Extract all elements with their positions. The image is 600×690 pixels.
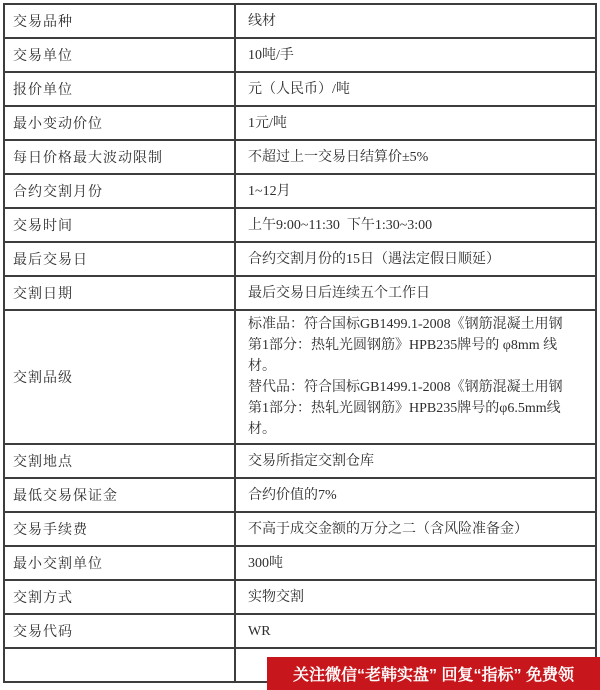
table-row: 交割地点 交易所指定交割仓库 <box>4 444 596 478</box>
row-label: 交易单位 <box>4 38 235 72</box>
table-row: 交割品级 标准品：符合国标GB1499.1-2008《钢筋混凝土用钢 第1部分：… <box>4 310 596 444</box>
row-label <box>4 648 235 682</box>
row-label: 合约交割月份 <box>4 174 235 208</box>
row-value: 不高于成交金额的万分之二（含风险准备金） <box>235 512 596 546</box>
row-label: 交易代码 <box>4 614 235 648</box>
table-row: 交割方式 实物交割 <box>4 580 596 614</box>
row-label: 最低交易保证金 <box>4 478 235 512</box>
contract-spec-page: 交易品种 线材 交易单位 10吨/手 报价单位 元（人民币）/吨 最小变动价位 … <box>0 0 600 690</box>
table-row: 最小交割单位 300吨 <box>4 546 596 580</box>
row-value: 标准品：符合国标GB1499.1-2008《钢筋混凝土用钢 第1部分：热轧光圆钢… <box>235 310 596 444</box>
row-label: 报价单位 <box>4 72 235 106</box>
row-value: 10吨/手 <box>235 38 596 72</box>
row-label: 最小交割单位 <box>4 546 235 580</box>
table-row: 最低交易保证金 合约价值的7% <box>4 478 596 512</box>
row-value: 1~12月 <box>235 174 596 208</box>
table-row: 每日价格最大波动限制 不超过上一交易日结算价±5% <box>4 140 596 174</box>
row-value: WR <box>235 614 596 648</box>
row-value: 上午9:00~11:30 下午1:30~3:00 <box>235 208 596 242</box>
row-value: 不超过上一交易日结算价±5% <box>235 140 596 174</box>
row-value: 最后交易日后连续五个工作日 <box>235 276 596 310</box>
table-row: 合约交割月份 1~12月 <box>4 174 596 208</box>
wechat-promo-text: 关注微信“老韩实盘” 回复“指标” 免费领 <box>293 662 574 685</box>
row-label: 交割方式 <box>4 580 235 614</box>
table-row: 最小变动价位 1元/吨 <box>4 106 596 140</box>
row-value: 交易所指定交割仓库 <box>235 444 596 478</box>
row-value: 1元/吨 <box>235 106 596 140</box>
row-label: 交割日期 <box>4 276 235 310</box>
row-value: 合约交割月份的15日（遇法定假日顺延） <box>235 242 596 276</box>
row-label: 交割地点 <box>4 444 235 478</box>
table-row: 交易手续费 不高于成交金额的万分之二（含风险准备金） <box>4 512 596 546</box>
row-label: 交易品种 <box>4 4 235 38</box>
row-label: 最小变动价位 <box>4 106 235 140</box>
table-row: 报价单位 元（人民币）/吨 <box>4 72 596 106</box>
table-row: 交易品种 线材 <box>4 4 596 38</box>
table-row: 交割日期 最后交易日后连续五个工作日 <box>4 276 596 310</box>
table-row: 交易单位 10吨/手 <box>4 38 596 72</box>
row-value: 实物交割 <box>235 580 596 614</box>
row-label: 交易手续费 <box>4 512 235 546</box>
row-label: 每日价格最大波动限制 <box>4 140 235 174</box>
row-label: 最后交易日 <box>4 242 235 276</box>
wechat-promo-banner: 关注微信“老韩实盘” 回复“指标” 免费领 <box>267 657 600 690</box>
row-value: 合约价值的7% <box>235 478 596 512</box>
row-value: 元（人民币）/吨 <box>235 72 596 106</box>
table-body: 交易品种 线材 交易单位 10吨/手 报价单位 元（人民币）/吨 最小变动价位 … <box>4 4 596 682</box>
row-value: 300吨 <box>235 546 596 580</box>
row-label: 交易时间 <box>4 208 235 242</box>
table-row: 交易时间 上午9:00~11:30 下午1:30~3:00 <box>4 208 596 242</box>
contract-spec-table: 交易品种 线材 交易单位 10吨/手 报价单位 元（人民币）/吨 最小变动价位 … <box>3 3 597 683</box>
row-value: 线材 <box>235 4 596 38</box>
table-row: 最后交易日 合约交割月份的15日（遇法定假日顺延） <box>4 242 596 276</box>
table-row: 交易代码 WR <box>4 614 596 648</box>
row-label: 交割品级 <box>4 310 235 444</box>
